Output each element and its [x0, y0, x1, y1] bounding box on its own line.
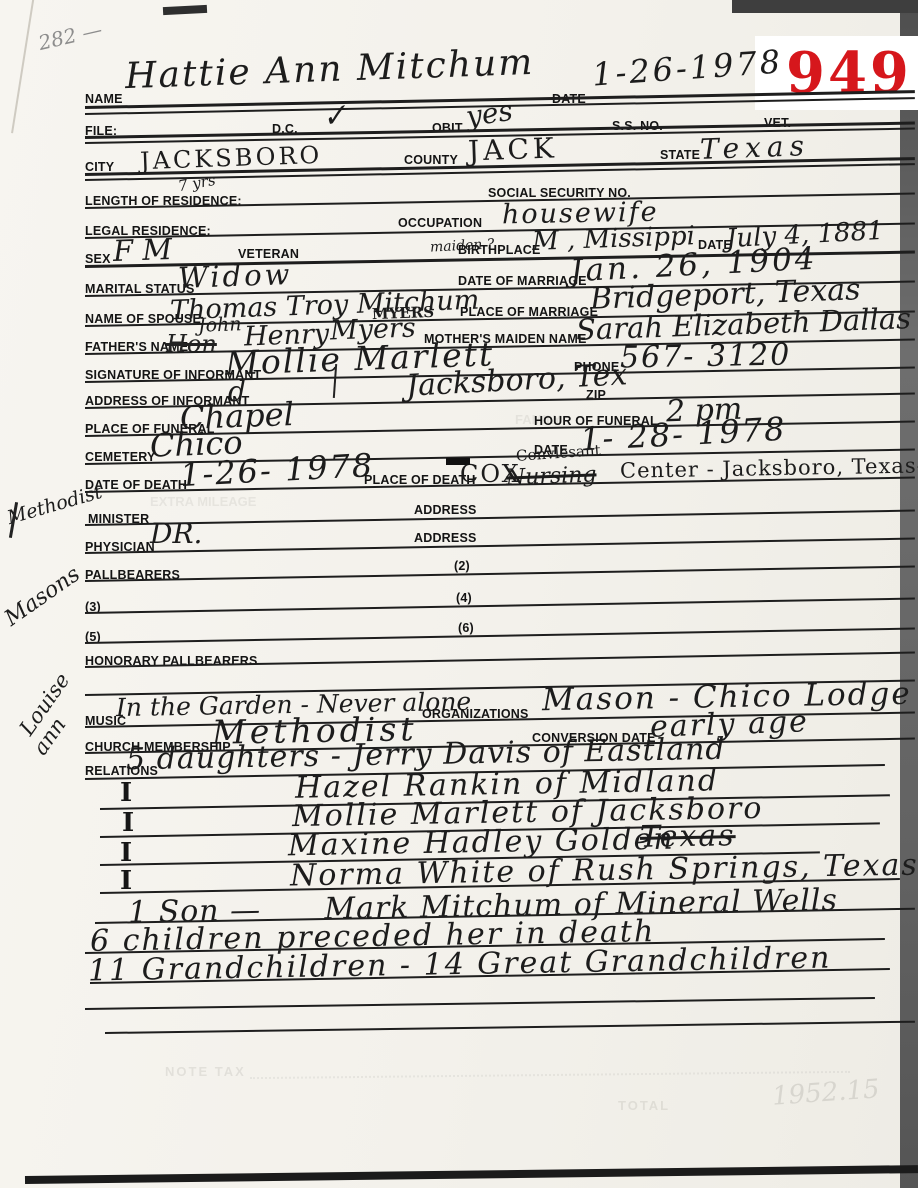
- place-of-death-above: Convlesant: [516, 443, 601, 464]
- rule: [85, 566, 915, 582]
- scan-edge-top-right: [732, 0, 918, 13]
- minister-address-label: ADDRESS: [414, 503, 477, 517]
- rule: [85, 628, 915, 644]
- red-id-number: 949: [786, 40, 912, 106]
- date-of-death-value: 1-26- 1978: [179, 449, 375, 491]
- relations-tick: I: [122, 808, 134, 838]
- relations-line-3-struck: Texas: [640, 821, 736, 853]
- sex-value: F M: [113, 235, 173, 266]
- ghost-mileage: EXTRA MILEAGE: [150, 494, 256, 509]
- fathers-name-print-above: Myers: [372, 305, 435, 322]
- paper-fold-line: [11, 0, 35, 133]
- ghost-amount: 1952.15: [771, 1076, 880, 1109]
- bottom-scan-bar: [25, 1165, 918, 1184]
- rule: [85, 510, 915, 526]
- rule: [105, 1021, 915, 1034]
- funeral-date-value: 1- 28- 1978: [579, 413, 787, 456]
- county-value: Jack: [468, 134, 559, 165]
- rule: [85, 997, 875, 1010]
- scanned-funeral-record: 282 — 949 FAMILY EXTRA MILEAGE NOTE TAX …: [0, 0, 918, 1188]
- ink-blob: [446, 458, 470, 465]
- scan-edge-right: [900, 0, 918, 1188]
- obit-label: OBIT.: [432, 121, 465, 135]
- pallbearer-6-label: (6): [458, 621, 474, 635]
- state-label: STATE: [660, 148, 700, 162]
- physician-address-label: ADDRESS: [414, 531, 477, 545]
- scan-mark-top: [163, 5, 207, 15]
- name-value: Hattie Ann Mitchum: [124, 45, 534, 95]
- ghost-leader-1: [250, 1071, 850, 1079]
- margin-note-masons: Masons: [1, 563, 84, 630]
- ghost-total: TOTAL: [618, 1098, 670, 1113]
- ghost-note-tax: NOTE TAX: [165, 1064, 246, 1079]
- name-label: NAME: [85, 92, 123, 106]
- county-label: COUNTY: [404, 153, 458, 167]
- relations-tick: I: [120, 778, 132, 808]
- rule: [85, 598, 915, 614]
- dc-mark: ✓: [320, 100, 350, 134]
- pallbearer-2-label: (2): [454, 559, 470, 573]
- physician-value: DR.: [150, 520, 202, 548]
- corner-note: 282 —: [37, 19, 104, 53]
- obit-value: yes: [464, 97, 514, 131]
- marital-status-value: Widow: [178, 260, 293, 293]
- occupation-label: OCCUPATION: [398, 216, 482, 230]
- rule: [85, 538, 915, 554]
- birthplace-label: BIRTHPLACE: [458, 243, 541, 257]
- pallbearer-4-label: (4): [456, 591, 472, 605]
- place-of-death-struck: Nursing: [506, 464, 597, 489]
